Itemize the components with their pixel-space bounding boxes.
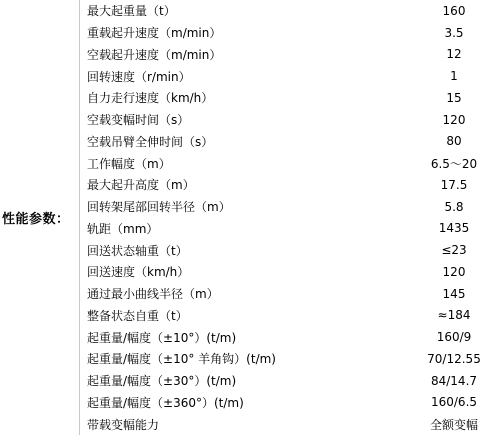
spec-value: 5.8 [406, 200, 502, 214]
spec-label: 轨距（mm） [80, 220, 406, 237]
spec-label: 起重量/幅度（±10°）(t/m) [80, 329, 406, 346]
spec-row: 起重量/幅度（±30°）(t/m)84/14.7 [80, 370, 502, 392]
spec-value: 120 [406, 113, 502, 127]
spec-value: ≈184 [406, 308, 502, 322]
spec-label: 整备状态自重（t） [80, 307, 406, 324]
spec-label: 空载起升速度（m/min） [80, 46, 406, 63]
spec-label: 回转速度（r/min） [80, 68, 406, 85]
spec-value: 84/14.7 [406, 374, 502, 388]
spec-value: 12 [406, 47, 502, 61]
spec-label: 回送状态轴重（t） [80, 242, 406, 259]
spec-label: 最大起重量（t） [80, 2, 406, 19]
spec-value: 全额变幅 [406, 416, 502, 433]
spec-value: 70/12.55 [406, 352, 502, 366]
spec-row: 最大起升高度（m）17.5 [80, 174, 502, 196]
spec-value: 145 [406, 287, 502, 301]
spec-label: 回送速度（km/h） [80, 263, 406, 280]
spec-label: 带载变幅能力 [80, 416, 406, 433]
spec-label: 起重量/幅度（±360°）(t/m) [80, 394, 406, 411]
spec-row: 空载起升速度（m/min）12 [80, 44, 502, 66]
spec-row: 起重量/幅度（±10°）(t/m)160/9 [80, 326, 502, 348]
spec-value: 15 [406, 91, 502, 105]
spec-row: 起重量/幅度（±10° 羊角钩）(t/m)70/12.55 [80, 348, 502, 370]
spec-value: ≤23 [406, 243, 502, 257]
spec-label: 起重量/幅度（±30°）(t/m) [80, 372, 406, 389]
spec-label: 重载起升速度（m/min） [80, 24, 406, 41]
spec-row: 空载吊臂全伸时间（s）80 [80, 131, 502, 153]
spec-label: 起重量/幅度（±10° 羊角钩）(t/m) [80, 350, 406, 367]
spec-row: 回送状态轴重（t）≤23 [80, 239, 502, 261]
spec-label: 自力走行速度（km/h） [80, 89, 406, 106]
spec-value: 6.5～20 [406, 155, 502, 172]
category-label: 性能参数： [0, 208, 70, 227]
spec-label: 工作幅度（m） [80, 155, 406, 172]
spec-value: 160 [406, 4, 502, 18]
spec-label: 空载变幅时间（s） [80, 111, 406, 128]
category-label-cell: 性能参数： [0, 0, 80, 435]
spec-sheet: 性能参数： 最大起重量（t）160重载起升速度（m/min）3.5空载起升速度（… [0, 0, 502, 435]
spec-row: 空载变幅时间（s）120 [80, 109, 502, 131]
spec-row: 整备状态自重（t）≈184 [80, 305, 502, 327]
spec-row: 带载变幅能力全额变幅 [80, 413, 502, 435]
spec-value: 160/6.5 [406, 395, 502, 409]
spec-table: 最大起重量（t）160重载起升速度（m/min）3.5空载起升速度（m/min）… [80, 0, 502, 435]
spec-row: 自力走行速度（km/h）15 [80, 87, 502, 109]
spec-value: 120 [406, 265, 502, 279]
spec-value: 3.5 [406, 26, 502, 40]
spec-value: 17.5 [406, 178, 502, 192]
spec-label: 空载吊臂全伸时间（s） [80, 133, 406, 150]
spec-row: 回转架尾部回转半径（m）5.8 [80, 196, 502, 218]
spec-value: 160/9 [406, 330, 502, 344]
spec-label: 通过最小曲线半径（m） [80, 285, 406, 302]
spec-row: 回送速度（km/h）120 [80, 261, 502, 283]
spec-row: 工作幅度（m）6.5～20 [80, 152, 502, 174]
spec-row: 最大起重量（t）160 [80, 0, 502, 22]
spec-label: 回转架尾部回转半径（m） [80, 198, 406, 215]
spec-row: 重载起升速度（m/min）3.5 [80, 22, 502, 44]
spec-row: 回转速度（r/min）1 [80, 65, 502, 87]
spec-label: 最大起升高度（m） [80, 176, 406, 193]
spec-row: 轨距（mm）1435 [80, 218, 502, 240]
spec-value: 1435 [406, 221, 502, 235]
spec-value: 80 [406, 134, 502, 148]
spec-value: 1 [406, 69, 502, 83]
spec-row: 起重量/幅度（±360°）(t/m)160/6.5 [80, 392, 502, 414]
spec-row: 通过最小曲线半径（m）145 [80, 283, 502, 305]
